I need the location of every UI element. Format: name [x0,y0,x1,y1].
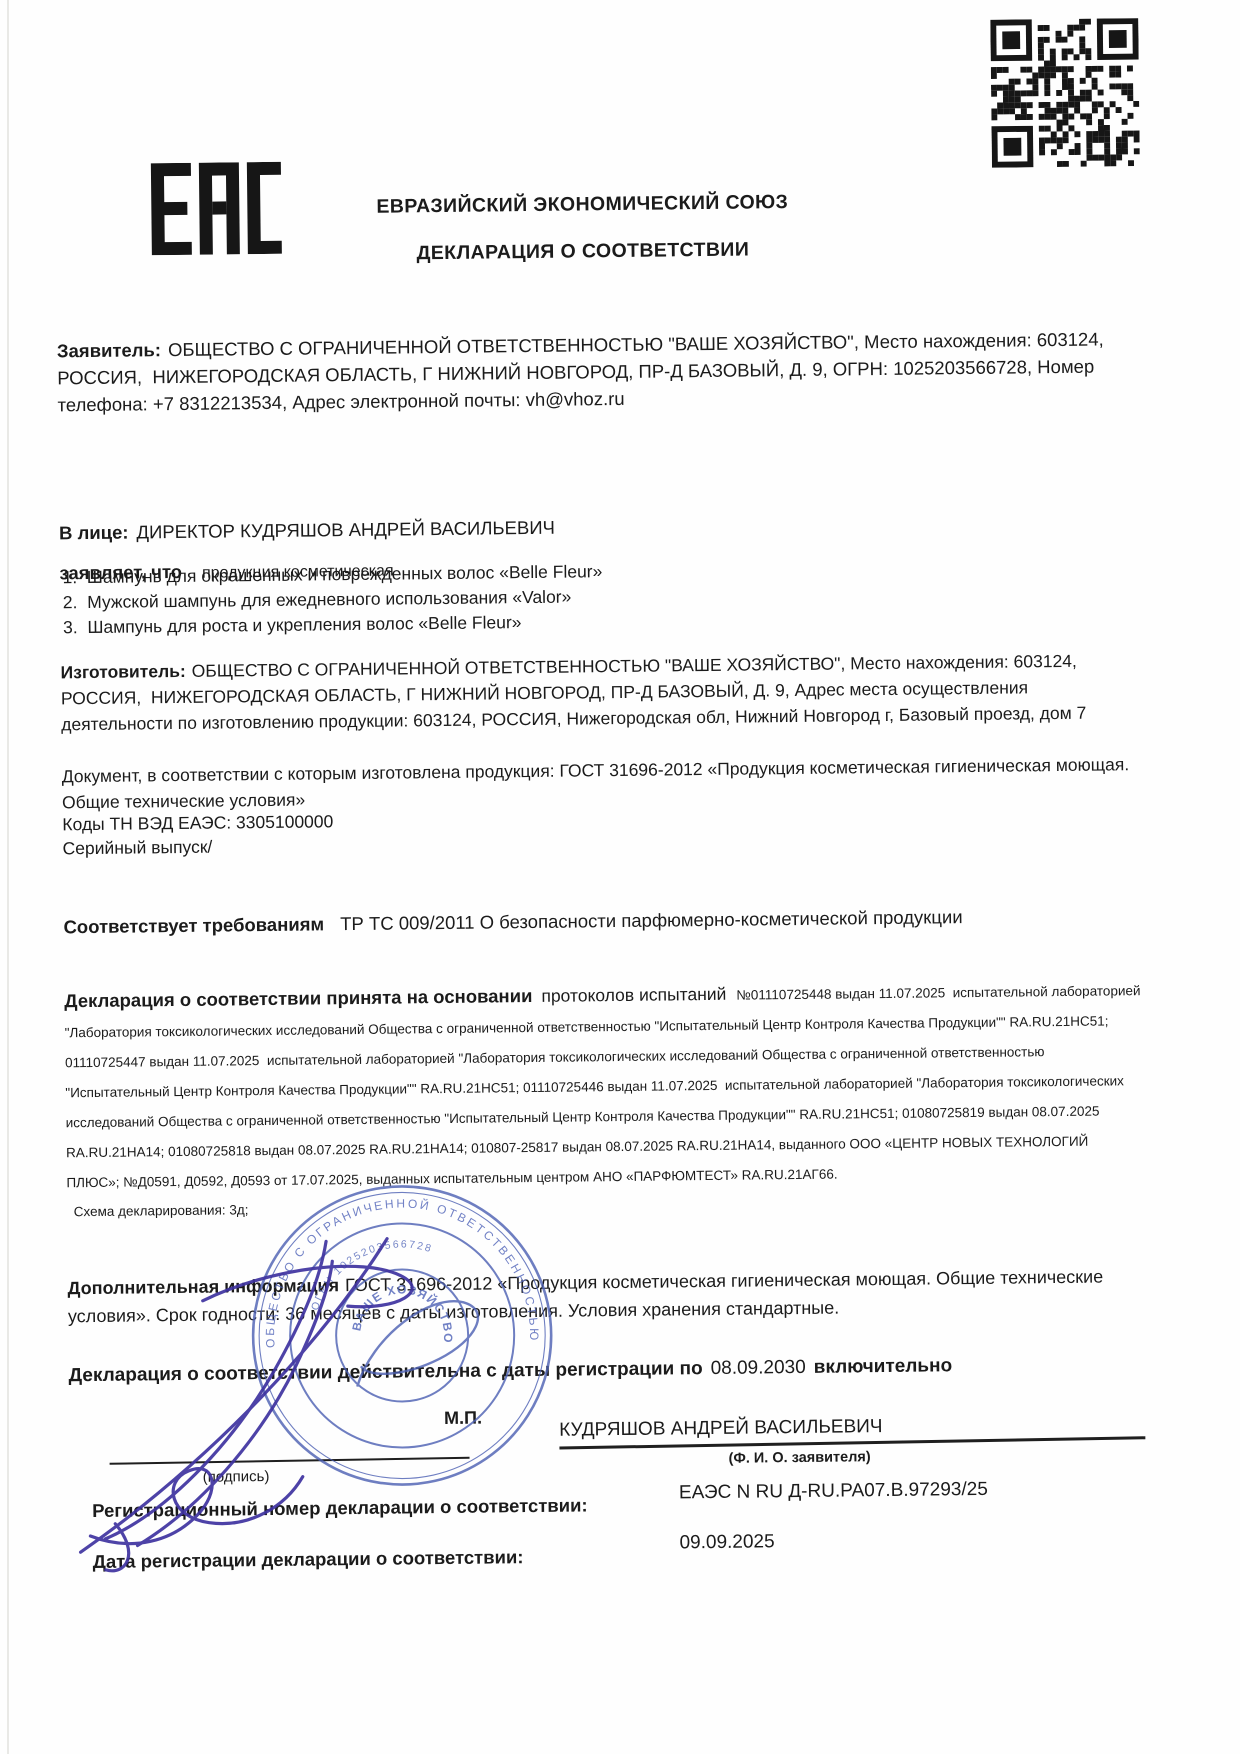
validity-date: 08.09.2030 [711,1357,806,1379]
document-sheet: ЕВРАЗИЙСКИЙ ЭКОНОМИЧЕСКИЙ СОЮЗ ДЕКЛАРАЦИ… [0,0,1240,1754]
applicant-text: ОБЩЕСТВО С ОГРАНИЧЕННОЙ ОТВЕТСТВЕННОСТЬЮ… [57,328,1109,415]
representative-label: В лице: [59,521,129,543]
manufacturer-paragraph: Изготовитель:ОБЩЕСТВО С ОГРАНИЧЕННОЙ ОТВ… [60,647,1139,737]
registration-number-label: Регистрационный номер декларации о соотв… [92,1494,588,1522]
basis-paragraph: Декларация о соответствии принята на осн… [64,974,1144,1198]
signature-caption: (подпись) [203,1468,270,1486]
stamp-place-label: М.П. [444,1408,482,1429]
manufacturer-label: Изготовитель: [60,660,185,681]
additional-info-label: Дополнительная информация [67,1275,339,1298]
compliance-label: Соответствует требованиям [63,913,324,937]
registration-date-value: 09.09.2025 [679,1531,774,1554]
additional-info-paragraph: Дополнительная информацияГОСТ 31696-2012… [67,1262,1146,1330]
name-caption: (Ф. И. О. заявителя) [728,1449,870,1467]
registration-number-value: ЕАЭС N RU Д-RU.РА07.В.97293/25 [679,1479,988,1505]
declaration-document: ЕВРАЗИЙСКИЙ ЭКОНОМИЧЕСКИЙ СОЮЗ ДЕКЛАРАЦИ… [0,0,1240,1754]
representative-line: В лице:ДИРЕКТОР КУДРЯШОВ АНДРЕЙ ВАСИЛЬЕВ… [59,510,1137,544]
representative-text: ДИРЕКТОР КУДРЯШОВ АНДРЕЙ ВАСИЛЬЕВИЧ [136,516,555,542]
basis-label: Декларация о соответствии принята на осн… [64,985,532,1011]
registration-date-label: Дата регистрации декларации о соответств… [93,1546,524,1573]
basis-protocols-label: протоколов испытаний [541,983,726,1005]
manufacturer-text: ОБЩЕСТВО С ОГРАНИЧЕННОЙ ОТВЕТСТВЕННОСТЬЮ… [61,650,1087,734]
qr-code [990,18,1140,168]
compliance-text: ТР ТС 009/2011 О безопасности парфюмерно… [340,906,963,934]
signature-underline [110,1457,470,1465]
validity-suffix: включительно [814,1355,953,1378]
signer-name: КУДРЯШОВ АНДРЕЙ ВАСИЛЬЕВИЧ [559,1416,883,1442]
applicant-label: Заявитель: [57,339,161,361]
basis-details: №01110725448 выдан 11.07.2025 испытатель… [65,983,1145,1190]
compliance-paragraph: Соответствует требованиямТР ТС 009/2011 … [63,899,1141,943]
applicant-paragraph: Заявитель:ОБЩЕСТВО С ОГРАНИЧЕННОЙ ОТВЕТС… [57,325,1136,418]
validity-line: Декларация о соответствии действительна … [68,1353,1146,1387]
validity-label: Декларация о соответствии действительна … [68,1358,702,1386]
